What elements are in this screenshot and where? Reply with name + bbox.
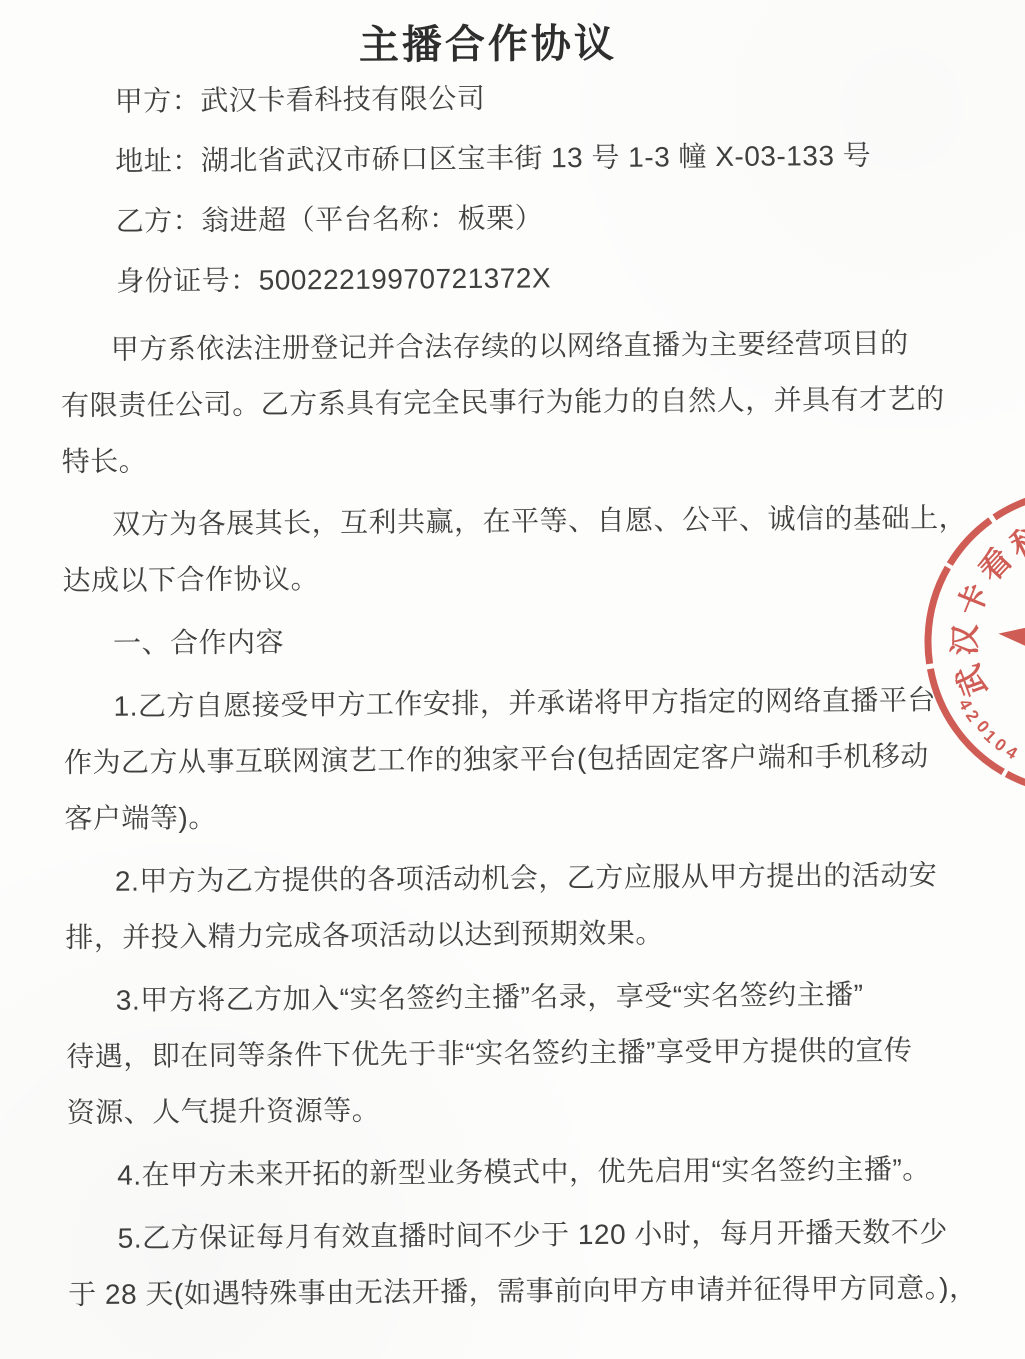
contract-line: 4.在甲方未来开拓的新型业务模式中，优先启用“实名签约主播”。 <box>67 1141 926 1204</box>
party-a-line: 甲方：武汉卡看科技有限公司 <box>59 65 918 132</box>
party-info-section: 甲方：武汉卡看科技有限公司 地址：湖北省武汉市硚口区宝丰街 13 号 1-3 幢… <box>59 65 920 312</box>
party-a-address-line: 地址：湖北省武汉市硚口区宝丰街 13 号 1-3 幢 X-03-133 号 <box>59 125 918 192</box>
contract-line: 特长。 <box>61 427 920 490</box>
party-b-line: 乙方：翁进超（平台名称：板栗） <box>60 185 919 252</box>
contract-line: 有限责任公司。乙方系具有完全民事行为能力的自然人，并具有才艺的 <box>61 371 920 434</box>
contract-line: 2.甲方为乙方提供的各项活动机会，乙方应服从甲方提出的活动安 <box>65 847 924 910</box>
seal-arc-char: 看 <box>972 542 1019 589</box>
contract-title: 主播合作协议 <box>58 17 917 72</box>
seal-arc-char: 卡 <box>951 579 995 621</box>
contract-body: 甲方系依法注册登记并合法存续的以网络直播为主要经营项目的 有限责任公司。乙方系具… <box>61 315 928 1323</box>
contract-line: 5.乙方保证每月有效直播时间不少于 120 小时，每月开播天数不少 <box>68 1204 927 1267</box>
contract-line: 作为乙方从事互联网演艺工作的独家平台(包括固定客户端和手机移动 <box>64 728 923 791</box>
contract-line: 资源、人气提升资源等。 <box>67 1078 926 1141</box>
seal-arc-char: 汉 <box>947 623 983 656</box>
contract-line: 达成以下合作协议。 <box>62 546 921 609</box>
contract-line: 1.乙方自愿接受甲方工作安排，并承诺将甲方指定的网络直播平台 <box>63 672 922 735</box>
contract-line: 双方为各展其长，互利共赢，在平等、自愿、公平、诚信的基础上， <box>62 490 921 553</box>
contract-line: 排，并投入精力完成各项活动以达到预期效果。 <box>65 903 924 966</box>
contract-line: 于 28 天(如遇特殊事由无法开播，需事前向甲方申请并征得甲方同意。)， <box>68 1260 927 1323</box>
party-b-id-line: 身份证号：50022219970721372X <box>60 245 919 312</box>
section-heading: 一、合作内容 <box>63 609 922 672</box>
contract-line: 客户端等)。 <box>64 784 923 847</box>
seal-serial-number: 4 2 0 1 0 4 <box>955 696 1021 764</box>
contract-line: 3.甲方将乙方加入“实名签约主播”名录，享受“实名签约主播” <box>66 966 925 1029</box>
contract-line: 甲方系依法注册登记并合法存续的以网络直播为主要经营项目的 <box>61 315 920 378</box>
scanned-contract-page: 主播合作协议 甲方：武汉卡看科技有限公司 地址：湖北省武汉市硚口区宝丰街 13 … <box>0 0 1025 1359</box>
contract-line: 待遇，即在同等条件下优先于非“实名签约主播”享受甲方提供的宣传 <box>66 1022 925 1085</box>
seal-company-name-arc: 武 汉 卡 看 科 技 <box>947 511 1025 702</box>
company-seal: 武 汉 卡 看 科 技 4 2 0 1 0 4 <box>868 470 1025 800</box>
